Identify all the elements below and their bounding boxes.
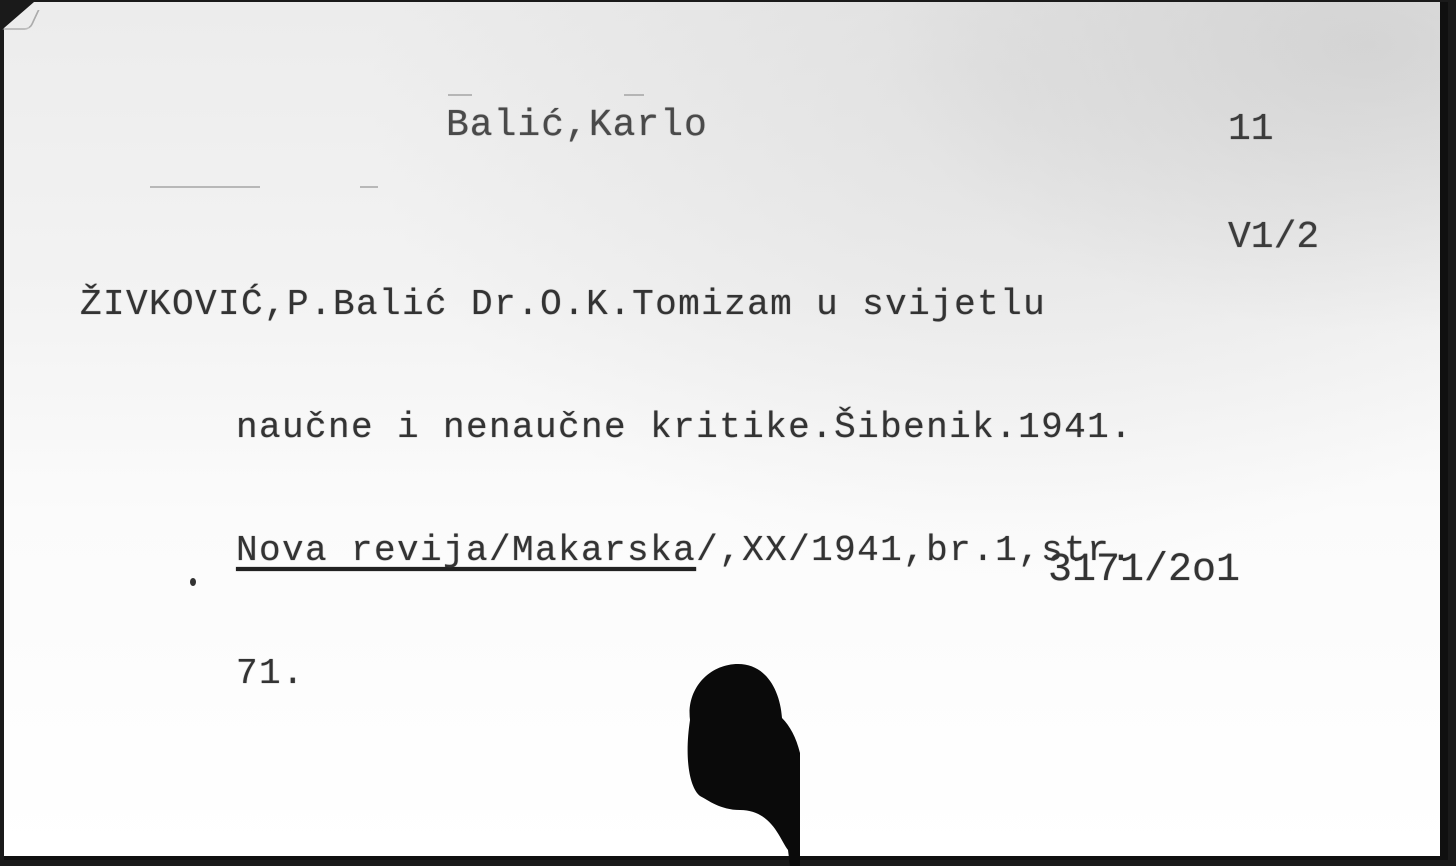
typewriter-smudge	[360, 186, 378, 188]
shelfmark-line-2: V1/2	[1228, 220, 1319, 256]
catalog-card: Balić,Karlo 11 V1/2 ŽIVKOVIĆ,P.Balić Dr.…	[4, 2, 1448, 860]
typewriter-smudge	[624, 94, 644, 96]
entry-line-3: Nova revija/Makarska/,XX/1941,br.1,str.	[80, 530, 1133, 571]
entry-line-2: naučne i nenaučne kritike.Šibenik.1941.	[80, 407, 1133, 448]
ink-dot	[190, 578, 196, 586]
typewriter-smudge	[150, 186, 260, 188]
typewriter-smudge	[448, 94, 472, 96]
entry-line-2-text: naučne i nenaučne kritike.Šibenik.1941.	[236, 407, 1133, 448]
card-heading-author: Balić,Karlo	[446, 104, 708, 147]
shelfmark-line-1: 11	[1228, 112, 1319, 148]
entry-line-4-text: 71.	[236, 653, 305, 694]
entry-line-4: 71.	[80, 653, 1133, 694]
punch-hole-shadow	[680, 660, 800, 864]
journal-title: Nova revija/Makarska	[236, 530, 696, 571]
bibliographic-entry: ŽIVKOVIĆ,P.Balić Dr.O.K.Tomizam u svijet…	[80, 202, 1133, 776]
shelfmark: 11 V1/2	[1228, 40, 1319, 328]
entry-line-1: ŽIVKOVIĆ,P.Balić Dr.O.K.Tomizam u svijet…	[80, 284, 1133, 325]
accession-number: 3171/2o1	[1048, 548, 1240, 593]
